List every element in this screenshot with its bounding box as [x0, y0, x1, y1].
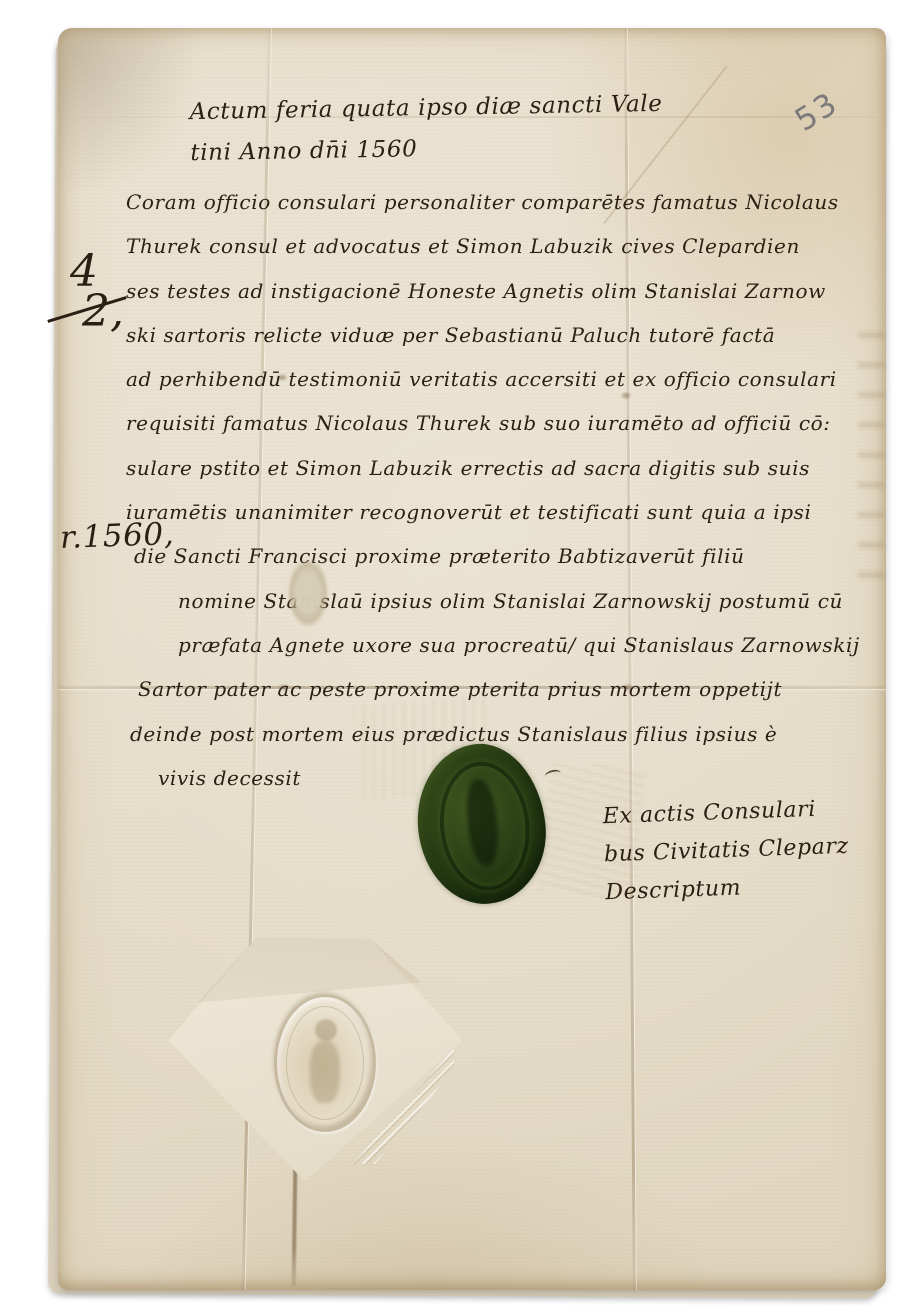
header-block: Actum feria quata ipso diæ sancti Vale t… — [189, 84, 663, 174]
body-line: requisiti famatus Nicolaus Thurek sub su… — [126, 401, 860, 445]
fraction-denominator: 2, — [82, 286, 124, 337]
edge-stains — [858, 328, 884, 578]
header-line: tini Anno dn̄i 1560 — [190, 125, 663, 174]
manuscript-scan: 53 Actum feria quata ipso diæ sancti Val… — [0, 0, 921, 1308]
embossed-figure-head — [315, 1019, 337, 1041]
body-line: iuramētis unanimiter recognoverūt et tes… — [126, 490, 860, 534]
body-line: Coram officio consulari personaliter com… — [126, 180, 860, 224]
body-line: ad perhibendū testimoniū veritatis accer… — [126, 357, 860, 401]
manuscript-page: 53 Actum feria quata ipso diæ sancti Val… — [58, 28, 886, 1290]
body-line: ski sartoris relicte viduæ per Sebastian… — [126, 313, 860, 357]
body-line: Sartor pater ac peste proxime pterita pr… — [126, 667, 860, 711]
header-line: Actum feria quata ipso diæ sancti Vale — [189, 84, 662, 133]
pencil-page-number: 53 — [789, 85, 845, 139]
closing-attestation: Ex actis Consulari bus Civitatis Cleparz… — [602, 790, 851, 912]
embossed-paper-seal — [168, 932, 466, 1184]
body-line: nomine Stanislaū ipsius olim Stanislai Z… — [126, 579, 860, 623]
body-line: ses testes ad instigacionē Honeste Agnet… — [126, 269, 860, 313]
embossed-oval — [274, 994, 376, 1132]
body-text: Coram officio consulari personaliter com… — [126, 180, 860, 800]
body-line: Thurek consul et advocatus et Simon Labu… — [126, 224, 860, 268]
paper-damage-spot — [287, 558, 329, 628]
closing-line: Descriptum — [605, 866, 851, 913]
body-line: sulare pstito et Simon Labuzik errectis … — [126, 446, 860, 490]
embossed-figure-body — [310, 1041, 340, 1103]
body-line: præfata Agnete uxore sua procreatū/ qui … — [126, 623, 860, 667]
body-line: die Sancti Francisci proxime præterito B… — [126, 534, 860, 578]
